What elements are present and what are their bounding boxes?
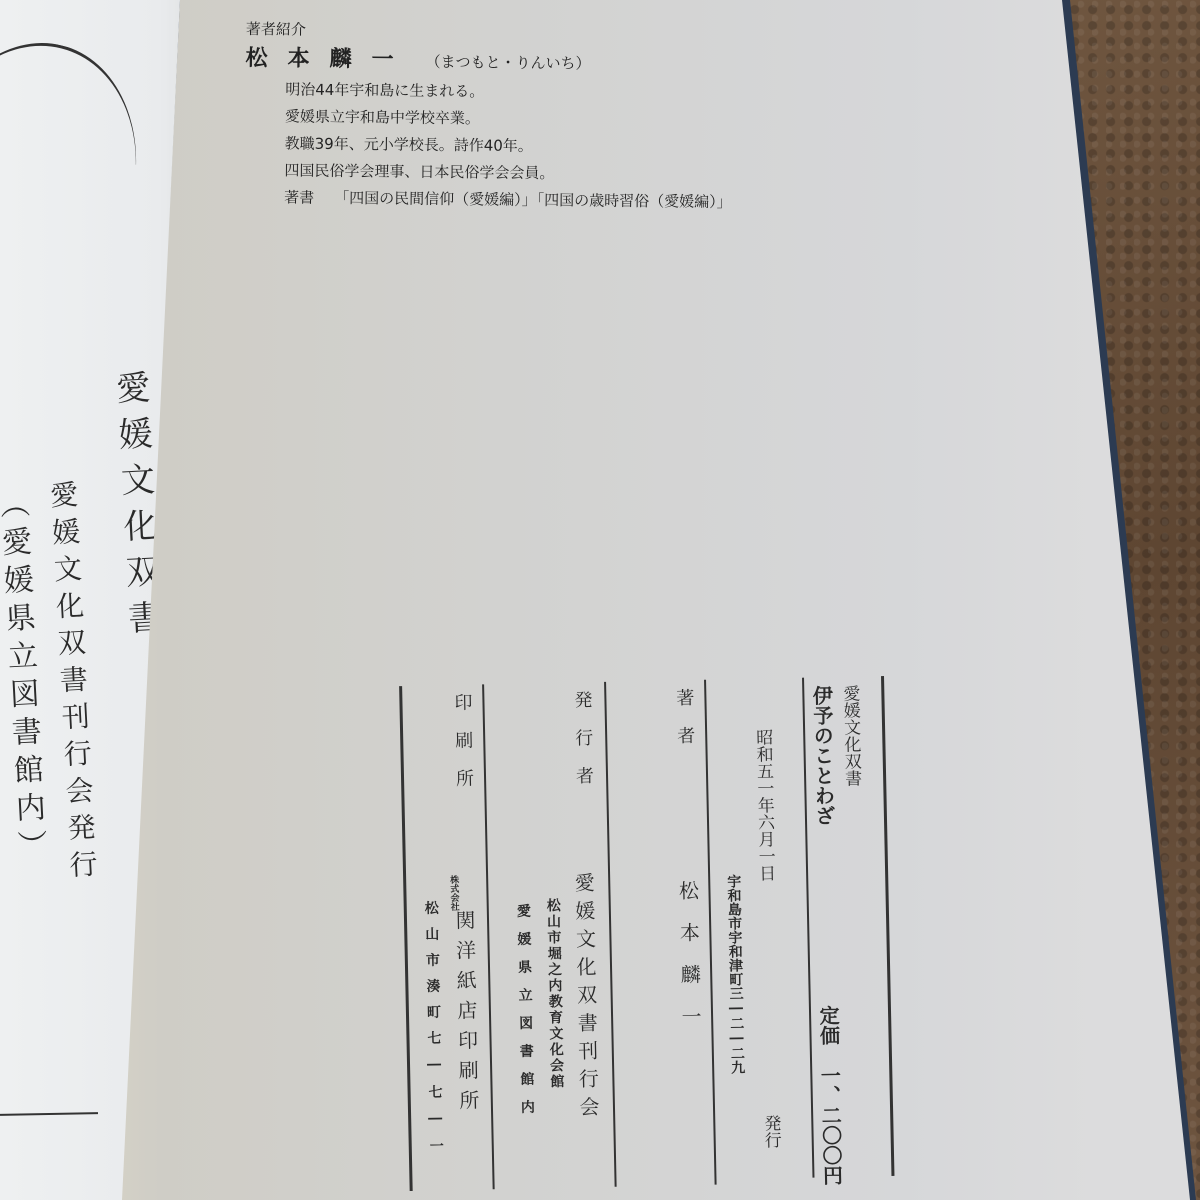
- author-reading: （まつもと・りんいち）: [425, 51, 590, 74]
- intro-label: 著者紹介: [246, 18, 734, 44]
- publisher-label: 発行者: [568, 690, 596, 805]
- colophon: 愛媛文化双書 伊予のことわざ 定価 一、二〇〇円 昭和五一年六月一日 発行 著者…: [394, 676, 895, 1196]
- printer-address: 松山市湊町七―七―一: [421, 900, 447, 1164]
- price-label: 定価: [816, 1005, 841, 1045]
- author-name: 松本麟一: [245, 41, 413, 74]
- books-line: 著書 「四国の民間信仰（愛媛編）」「四国の歳時習俗（愛媛編）」: [284, 184, 732, 216]
- author-label: 著者: [670, 688, 698, 765]
- printer-label: 印刷所: [448, 693, 476, 808]
- book-title: 「四国の民間信仰（愛媛編）」: [334, 189, 537, 209]
- colophon-rule: [482, 684, 495, 1189]
- publisher-sub-address: 愛媛県立図書館内: [513, 903, 538, 1127]
- price: 一、二〇〇円: [817, 1065, 844, 1185]
- colophon-series: 愛媛文化双書: [837, 684, 864, 787]
- books-label: 著書: [284, 184, 314, 211]
- left-publisher-line: 愛媛文化双書刊行会発行: [41, 479, 102, 888]
- bio-lines: 明治44年宇和島に生まれる。 愛媛県立宇和島中学校卒業。 教職39年、元小学校長…: [244, 76, 733, 216]
- publication-date: 昭和五一年六月一日 発行: [750, 728, 784, 1148]
- printer-name: 関洋紙店印刷所: [450, 910, 483, 1121]
- book-title: 伊予のことわざ: [807, 685, 839, 826]
- colophon-rule: [704, 680, 717, 1185]
- divider: [0, 1112, 98, 1116]
- author-name: 松本麟一: [673, 880, 706, 1049]
- author-introduction: 著者紹介 松本麟一 （まつもと・りんいち） 明治44年宇和島に生まれる。 愛媛県…: [244, 18, 734, 216]
- publisher-address: 松山市堀之内教育文化会館: [543, 898, 567, 1090]
- publisher-name: 愛媛文化双書刊行会: [569, 872, 603, 1125]
- colophon-rule: [604, 682, 617, 1187]
- printer-corp-mark: 株式会社: [447, 875, 461, 911]
- date-text: 昭和五一年六月一日: [750, 728, 778, 881]
- decorative-curve: [0, 20, 164, 229]
- book-title: 「四国の歳時習俗（愛媛編）」: [537, 191, 732, 211]
- date-suffix: 発行: [758, 1114, 784, 1149]
- author-address: 宇和島市宇和津町三―二―二九: [723, 874, 747, 1074]
- author-name-row: 松本麟一 （まつもと・りんいち）: [245, 41, 733, 77]
